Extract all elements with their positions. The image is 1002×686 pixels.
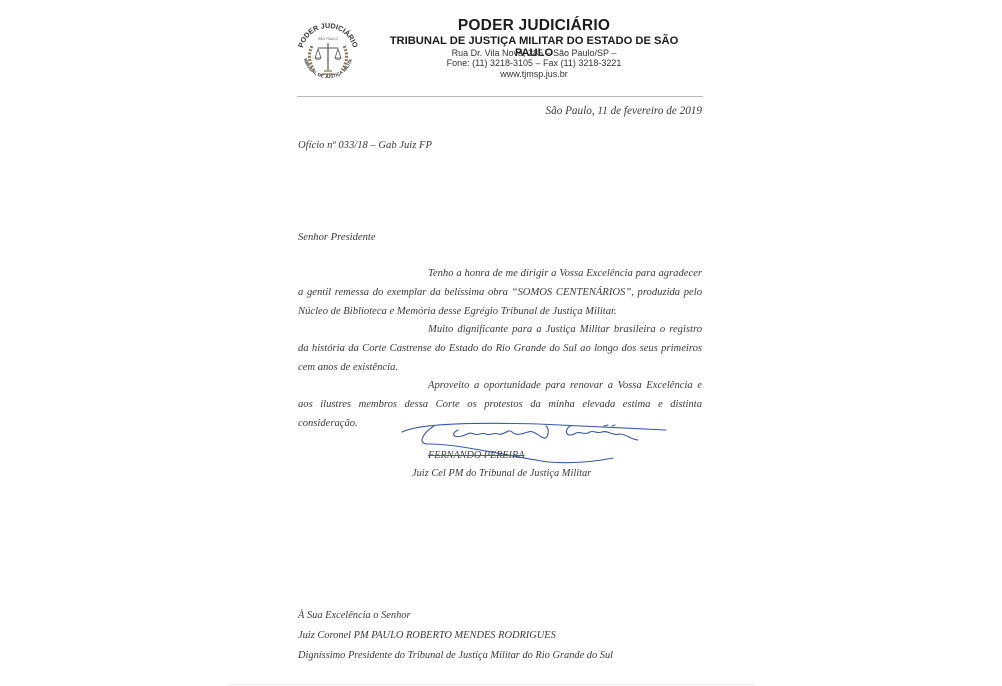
body-paragraph-2: Muito dignificante para a Justiça Milita… — [298, 320, 702, 377]
paragraph-text: Muito dignificante para a Justiça Milita… — [298, 320, 702, 377]
court-seal-icon: PODER JUDICIÁRIO SÃO PAULO TRIBUNAL DE J… — [292, 16, 364, 86]
date-line: São Paulo, 11 de fevereiro de 2019 — [546, 105, 702, 117]
signer-role: Juiz Cel PM do Tribunal de Justiça Milit… — [412, 468, 591, 479]
letterhead-address: Rua Dr. Vila Nova, 285 – São Paulo/SP – — [372, 48, 696, 58]
addressee-line-1: À Sua Excelência o Senhor — [298, 610, 411, 621]
seal-middle-text: SÃO PAULO — [318, 36, 339, 41]
body-paragraph-1: Tenho a honra de me dirigir a Vossa Exce… — [298, 264, 702, 321]
addressee-name: Juiz Coronel PM PAULO ROBERTO MENDES ROD… — [298, 630, 556, 641]
reference-number: Ofício nº 033/18 – Gab Juiz FP — [298, 140, 432, 151]
addressee-title: Digníssimo Presidente do Tribunal de Jus… — [298, 650, 613, 661]
salutation: Senhor Presidente — [298, 232, 376, 243]
paragraph-text: Tenho a honra de me dirigir a Vossa Exce… — [298, 264, 702, 321]
letterhead-website: www.tjmsp.jus.br — [372, 69, 696, 79]
signer-name: FERNANDO PEREIRA — [428, 450, 524, 461]
letterhead-title: PODER JUDICIÁRIO — [372, 17, 696, 35]
letterhead-phone: Fone: (11) 3218-3105 – Fax (11) 3218-322… — [372, 58, 696, 68]
header-divider — [297, 96, 703, 97]
